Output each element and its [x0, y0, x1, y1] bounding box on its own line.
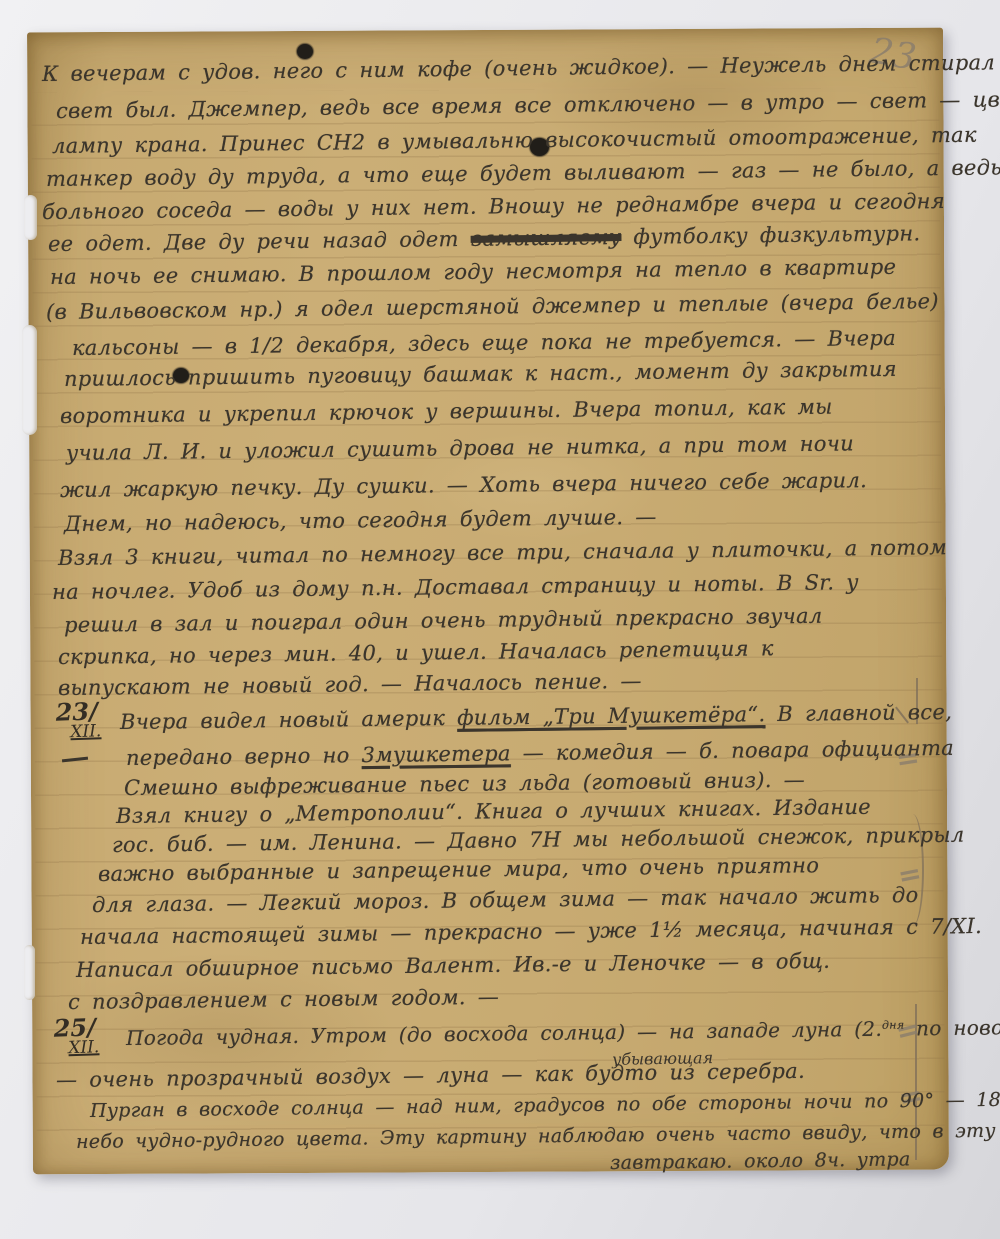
- handwritten-line: Взял 3 книги, читал по немногу все три, …: [58, 535, 947, 570]
- handwritten-line: выпускают не новый год. — Началось пение…: [58, 669, 642, 700]
- text-segment: футболку физкультурн.: [621, 221, 920, 249]
- text-segment: — комедия — б. повара официанта: [511, 736, 955, 765]
- handwritten-line: небо чудно-рудного цвета. Эту картину на…: [76, 1119, 1000, 1153]
- handwritten-line: начала настоящей зимы — прекрасно — уже …: [80, 914, 982, 949]
- handwritten-line: для глаза. — Легкий мороз. В общем зима …: [92, 883, 919, 917]
- handwritten-line: Пурган в восходе солнца — над ним, граду…: [90, 1088, 1000, 1122]
- text-segment: по новолунию): [904, 1014, 1000, 1040]
- handwritten-line: лампу крана. Принес СН2 в умывальню высо…: [52, 123, 977, 158]
- handwritten-line: Погода чудная. Утром (до восхода солнца)…: [126, 1014, 1000, 1050]
- entry-date-month: XII.: [70, 721, 102, 742]
- handwriting-layer: 23/ XII. 25/ XII. убывающая 23 = = = = К…: [0, 0, 1000, 1239]
- handwritten-line: танкер воду ду труда, а что еще будет вы…: [46, 155, 1000, 191]
- handwritten-line: — очень прозрачный воздух — луна — как б…: [56, 1059, 805, 1092]
- ink-blot: [297, 44, 313, 59]
- handwritten-line: Днем, но надеюсь, что сегодня будет лучш…: [64, 505, 657, 536]
- handwritten-line: на ночлег. Удоб из дому п.н. Доставал ст…: [52, 570, 859, 604]
- handwritten-line: гос. биб. — им. Ленина. — Давно 7Н мы не…: [112, 823, 965, 857]
- handwritten-line: решил в зал и поиграл один очень трудный…: [64, 604, 823, 637]
- handwritten-line: завтракаю. около 8ч. утра: [610, 1148, 911, 1174]
- handwritten-line: учила Л. И. и уложил сушить дрова не нит…: [66, 431, 854, 465]
- entry-date-25-xii: 25/ XII.: [53, 1017, 99, 1059]
- text-segment: Погода чудная. Утром (до восхода солнца)…: [126, 1017, 882, 1050]
- handwritten-line: кальсоны — в 1/2 декабря, здесь еще пока…: [72, 326, 896, 360]
- handwritten-line: с поздравлением с новым годом. —: [68, 985, 499, 1014]
- handwritten-line: воротника и укрепил крючок у вершины. Вч…: [60, 395, 833, 428]
- handwritten-line: пришлось пришить пуговицу башмак к наст.…: [64, 357, 897, 391]
- handwritten-line: Смешно выфреживание пьес из льда (готовы…: [124, 768, 805, 800]
- handwritten-line: на ночь ее снимаю. В прошлом году несмот…: [50, 255, 897, 289]
- entry-date-day: 25/: [53, 1017, 99, 1039]
- entry-date-dash: [62, 757, 88, 763]
- entry-date-23-xii: 23/ XII.: [55, 701, 101, 743]
- text-segment: В главной все,: [765, 700, 952, 726]
- handwritten-line: Вчера видел новый америк фильм „Три Мушк…: [120, 700, 952, 734]
- handwritten-line: ее одет. Две ду речи назад одет замышляе…: [48, 221, 921, 256]
- superscript-text: дня: [882, 1019, 905, 1032]
- handwritten-line: свет был. Джемпер, ведь все время все от…: [56, 86, 1000, 123]
- struck-out-text: замышляему: [471, 225, 622, 251]
- handwritten-line: Написал обширное письмо Валент. Ив.-е и …: [76, 949, 830, 982]
- underlined-text: фильм „Три Мушкетёра“.: [457, 702, 766, 730]
- underlined-text: 3мушкетера: [361, 741, 510, 767]
- handwritten-line: передано верно но 3мушкетера — комедия —…: [126, 736, 954, 770]
- handwritten-line: важно выбранные и запрещение мира, что о…: [98, 853, 819, 886]
- entry-date-month: XII.: [68, 1037, 100, 1058]
- handwritten-line: (в Вильвовском нр.) я одел шерстяной дже…: [46, 289, 939, 324]
- handwritten-line: жил жаркую печку. Ду сушки. — Хоть вчера…: [60, 468, 867, 502]
- handwritten-line: Взял книгу о „Метрополии“. Книга о лучши…: [116, 795, 871, 828]
- photographed-diary-page: 23/ XII. 25/ XII. убывающая 23 = = = = К…: [0, 0, 1000, 1239]
- handwritten-line: скрипка, но через мин. 40, и ушел. Начал…: [58, 636, 774, 669]
- handwritten-line: больного соседа — воды у них нет. Вношу …: [42, 189, 945, 224]
- text-segment: ее одет. Две ду речи назад одет: [48, 227, 471, 256]
- entry-date-day: 23/: [55, 701, 101, 723]
- text-segment: Вчера видел новый америк: [120, 706, 457, 734]
- text-segment: передано верно но: [126, 743, 362, 770]
- handwritten-line: К вечерам с удов. него с ним кофе (очень…: [42, 49, 1000, 86]
